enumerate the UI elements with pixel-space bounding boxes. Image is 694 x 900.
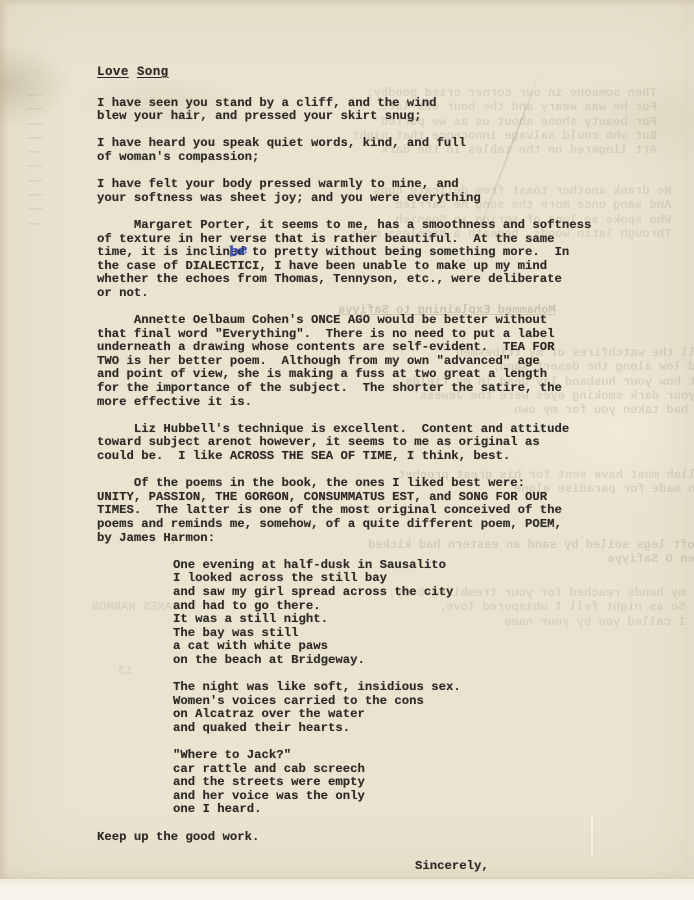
typed-line: and quaked their hearts.: [173, 722, 597, 736]
bleed-through-line: ——: [28, 145, 43, 159]
bleed-through-line: ——: [28, 117, 43, 131]
typed-line: poems and reminds me, somehow, of a quit…: [97, 518, 597, 532]
typed-line: "Where to Jack?": [173, 749, 597, 763]
typed-line: one I heard.: [173, 803, 597, 817]
typed-line: Of the poems in the book, the ones I lik…: [97, 477, 597, 491]
text-block-poem: The night was like soft, insidious sex.W…: [173, 681, 597, 735]
typed-line: It was a still night.: [173, 613, 597, 627]
text-block-closing: Keep up the good work.: [97, 831, 597, 845]
scanned-page: Then someone in our corner cried goodby;…: [0, 0, 694, 900]
typed-line: Margaret Porter, it seems to me, has a s…: [97, 219, 597, 233]
text-block-stanza: I have seen you stand by a cliff, and th…: [97, 97, 597, 124]
bleed-through-line: ——: [28, 131, 43, 145]
typed-line: time, it is inclined to pretty without b…: [97, 246, 597, 260]
typed-line: I have heard you speak quiet words, kind…: [97, 137, 597, 151]
title-word: Song: [137, 65, 169, 79]
text-block-paragraph: Annette Oelbaum Cohen's ONCE AGO would b…: [97, 314, 597, 409]
text-block-paragraph: Liz Hubbell's technique is excellent. Co…: [97, 423, 597, 464]
text-block-stanza: I have heard you speak quiet words, kind…: [97, 137, 597, 164]
letter-body: Love Song I have seen you stand by a cli…: [97, 66, 597, 874]
bleed-through-line: ——: [28, 102, 43, 116]
typed-line: Sincerely,: [415, 860, 597, 874]
text-block-paragraph: Margaret Porter, it seems to me, has a s…: [97, 219, 597, 301]
bleed-through-line: ——: [28, 174, 43, 188]
typed-line: I have felt your body pressed warmly to …: [97, 178, 597, 192]
typed-line: a cat with white paws: [173, 640, 597, 654]
letter-title: Love Song: [97, 66, 597, 80]
typed-line: The night was like soft, insidious sex.: [173, 681, 597, 695]
typed-line: and the streets were empty: [173, 776, 597, 790]
text-block-paragraph: Of the poems in the book, the ones I lik…: [97, 477, 597, 545]
typed-line: by James Harmon:: [97, 532, 597, 546]
typed-line: I looked across the still bay: [173, 572, 597, 586]
typed-line: and saw my girl spread across the city: [173, 586, 597, 600]
typed-line: your softness was sheet joy; and you wer…: [97, 192, 597, 206]
text-block-stanza: I have felt your body pressed warmly to …: [97, 178, 597, 205]
typed-line: blew your hair, and pressed your skirt s…: [97, 110, 597, 124]
typed-line: underneath a drawing whose contents are …: [97, 341, 597, 355]
typed-line: of woman's compassion;: [97, 151, 597, 165]
typed-line: on the beach at Bridgeway.: [173, 654, 597, 668]
text-block-poem: "Where to Jack?"car rattle and cab scree…: [173, 749, 597, 817]
bleed-through-line: ——: [28, 88, 43, 102]
typed-line: Annette Oelbaum Cohen's ONCE AGO would b…: [97, 314, 597, 328]
paper-sheet: Then someone in our corner cried goodby;…: [0, 0, 694, 879]
letter-text-blocks: I have seen you stand by a cliff, and th…: [97, 97, 597, 874]
bleed-through-line: ——: [28, 159, 43, 173]
typed-line: toward subject arenot however, it seems …: [97, 436, 597, 450]
typed-line: more effective it is.: [97, 396, 597, 410]
typed-line: TIMES. The latter is one of the most ori…: [97, 504, 597, 518]
bleed-through-line: ——: [28, 202, 43, 216]
handwritten-insertion-note: be: [228, 241, 249, 260]
bleed-through-line: ——: [28, 217, 43, 231]
bleed-through-group: ————————————————————: [28, 88, 43, 231]
scanner-background-strip: [0, 878, 694, 900]
typed-line: could be. I like ACROSS THE SEA OF TIME,…: [97, 450, 597, 464]
bleed-through-line: ——: [28, 188, 43, 202]
typed-line: or not.: [97, 287, 597, 301]
typed-line: for the importance of the subject. The s…: [97, 382, 597, 396]
typed-line: whether the echoes from Thomas, Tennyson…: [97, 273, 597, 287]
title-word: Love: [97, 65, 129, 79]
typed-line: on Alcatraz over the water: [173, 708, 597, 722]
text-block-poem: One evening at half-dusk in SausalitoI l…: [173, 559, 597, 668]
text-block-signoff: Sincerely,: [415, 860, 597, 874]
typed-line: Keep up the good work.: [97, 831, 597, 845]
